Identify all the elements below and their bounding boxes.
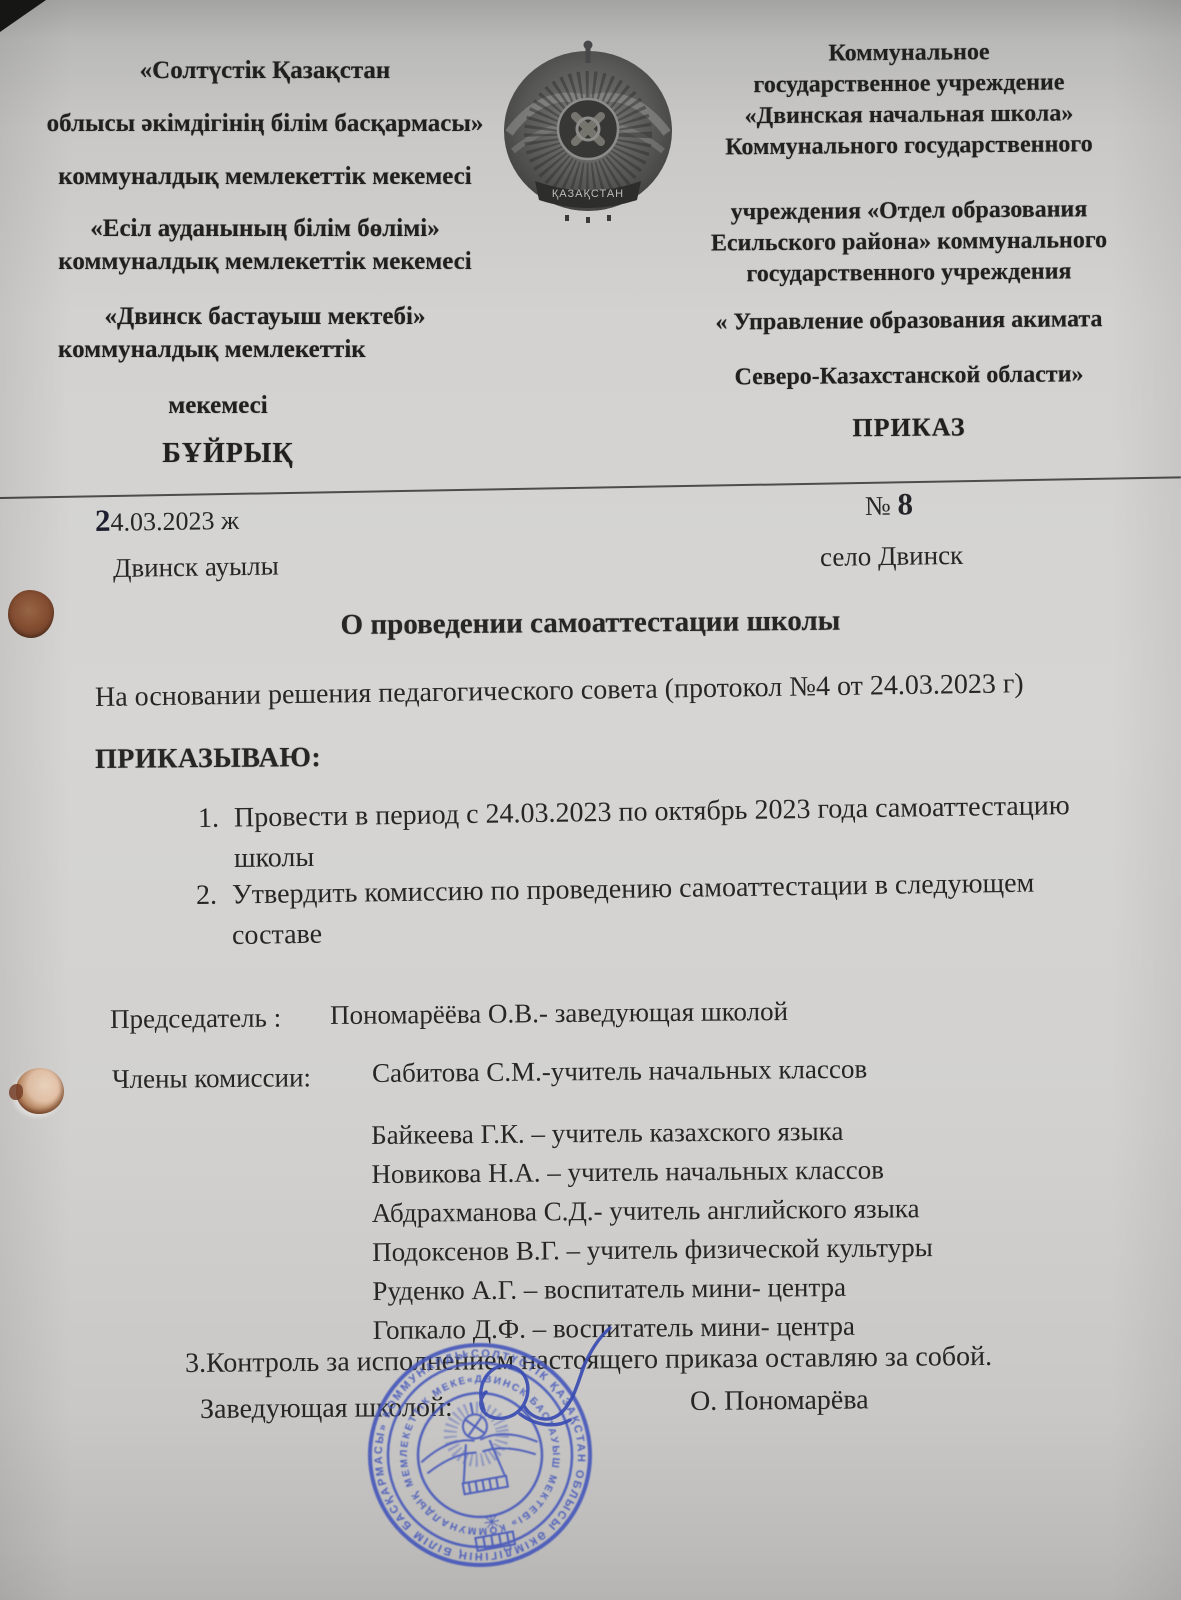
item-text: Утвердить комиссию по проведению самоатт… (232, 868, 1035, 912)
order-word-kazakh: БҰЙРЫҚ (28, 438, 428, 470)
basis-paragraph: На основании решения педагогического сов… (95, 666, 1181, 714)
letterhead-line: «Двинск бастауыш мектебі» (28, 303, 502, 331)
order-keyword: ПРИКАЗЫВАЮ: (95, 742, 322, 776)
letterhead-line: Есильского района» коммунального (658, 227, 1160, 258)
item-number: 1. (198, 802, 234, 835)
letterhead-line: мекемесі (28, 392, 408, 420)
letterhead-line: государственного учреждения (658, 258, 1160, 289)
signature-name: О. Пономарёва (690, 1384, 869, 1418)
order-word-russian: ПРИКАЗ (658, 411, 1160, 445)
letterhead-line: коммуналдық мемлекеттік (28, 336, 532, 364)
member-line: Новикова Н.А. – учитель начальных классо… (371, 1153, 1071, 1198)
letterhead-line: Северо-Казахстанской области» (658, 361, 1160, 392)
item-text-wrap: составе (232, 919, 323, 952)
header-divider-line (0, 476, 1181, 499)
member-line: Подоксенов В.Г. – учитель физической кул… (372, 1231, 1072, 1276)
date-printed-part: 4.03.2023 ж (110, 506, 239, 537)
order-item: 1. Провести в период с 24.03.2023 по окт… (198, 789, 1158, 835)
order-number: № 8 (865, 486, 914, 523)
place-russian: село Двинск (820, 540, 964, 573)
letterhead-line: облысы әкімдігінің білім басқармасы» (28, 110, 502, 138)
letterhead-line: государственное учреждение (658, 69, 1160, 100)
order-item: 2. Утвердить комиссию по проведению само… (196, 866, 1156, 912)
letterhead-line: «Двинская начальная школа» (658, 100, 1160, 131)
signature-scribble-icon (432, 1322, 662, 1457)
member-line: Сабитова С.М.-учитель начальных классов (372, 1054, 867, 1089)
item-number: 2. (196, 879, 232, 912)
kazakhstan-emblem-icon: ҚАЗАҚСТАН (497, 33, 679, 225)
letterhead-line: « Управление образования акимата (658, 306, 1160, 337)
member-line: Абдрахманова С.Д.- учитель английского я… (372, 1192, 1072, 1237)
letterhead-line: коммуналдық мемлекеттік мекемесі (28, 163, 502, 191)
letterhead-line: «Есіл ауданының білім бөлімі» (28, 215, 502, 243)
scanned-order-document: «Солтүстік Қазақстан облысы әкімдігінің … (0, 0, 1181, 1600)
members-list: Байкеева Г.К. – учитель казахского языка… (371, 1114, 1073, 1354)
member-line: Байкеева Г.К. – учитель казахского языка (371, 1114, 1071, 1159)
chair-value: Пономарёёва О.В.- заведующая школой (330, 996, 788, 1031)
members-label: Члены комиссии: (112, 1062, 311, 1095)
order-title: О проведении самоаттестации школы (0, 602, 1181, 645)
place-kazakh: Двинск ауылы (113, 551, 279, 584)
number-sign: № (865, 491, 891, 521)
order-date: 24.03.2023 ж (95, 501, 239, 539)
letterhead-line: коммуналдық мемлекеттік мекемесі (28, 248, 502, 276)
letterhead-line: «Солтүстік Қазақстан (28, 57, 502, 85)
emblem-caption: ҚАЗАҚСТАН (552, 188, 624, 200)
number-handwritten-value: 8 (897, 486, 913, 521)
scan-corner-shadow (0, 0, 46, 32)
member-line: Руденко А.Г. – воспитатель мини- центра (372, 1270, 1072, 1315)
chair-label: Председатель : (110, 1003, 281, 1035)
item-text-wrap: школы (234, 842, 315, 875)
letterhead-line: Коммунальное (658, 38, 1160, 69)
date-handwritten-digit: 2 (95, 503, 111, 538)
letterhead-line: Коммунального государственного (658, 131, 1160, 162)
hole-punch-bottom (16, 1068, 64, 1114)
item-text: Провести в период с 24.03.2023 по октябр… (234, 790, 1070, 834)
letterhead-line: учреждения «Отдел образования (658, 196, 1160, 227)
